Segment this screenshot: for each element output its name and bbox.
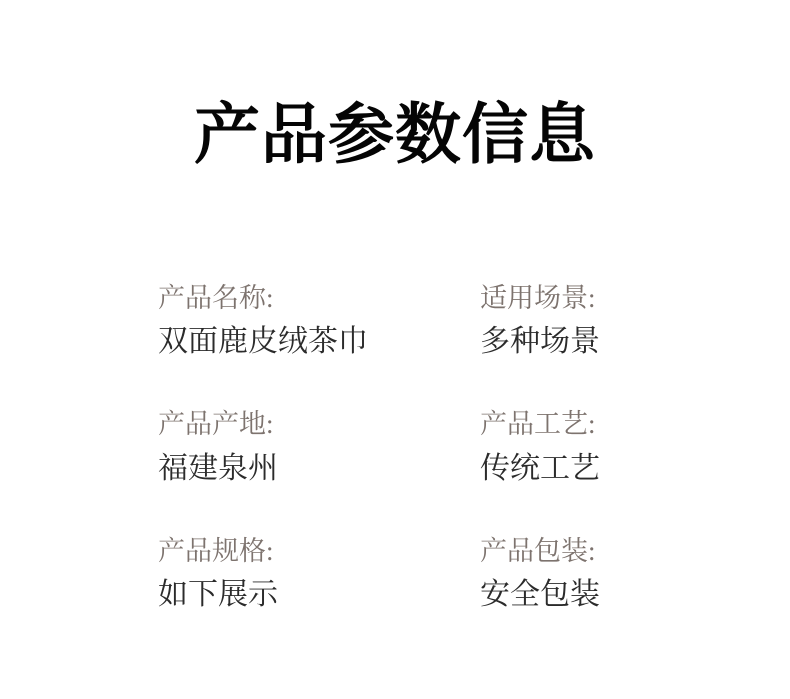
param-craft: 产品工艺: 传统工艺 bbox=[480, 408, 668, 486]
product-parameters-page: 产品参数信息 产品名称: 双面鹿皮绒茶巾 适用场景: 多种场景 产品产地: 福建… bbox=[0, 0, 790, 699]
param-value: 安全包装 bbox=[480, 577, 668, 613]
param-label: 产品工艺: bbox=[480, 408, 668, 440]
param-specification: 产品规格: 如下展示 bbox=[158, 535, 480, 613]
param-label: 产品产地: bbox=[158, 408, 480, 440]
param-value: 福建泉州 bbox=[158, 451, 480, 487]
param-label: 适用场景: bbox=[480, 282, 668, 314]
page-title: 产品参数信息 bbox=[0, 0, 790, 175]
param-value: 双面鹿皮绒茶巾 bbox=[158, 324, 480, 360]
param-grid: 产品名称: 双面鹿皮绒茶巾 适用场景: 多种场景 产品产地: 福建泉州 产品工艺… bbox=[158, 282, 668, 613]
param-label: 产品规格: bbox=[158, 535, 480, 567]
param-packaging: 产品包装: 安全包装 bbox=[480, 535, 668, 613]
param-value: 如下展示 bbox=[158, 577, 480, 613]
param-value: 多种场景 bbox=[480, 324, 668, 360]
param-label: 产品名称: bbox=[158, 282, 480, 314]
param-origin: 产品产地: 福建泉州 bbox=[158, 408, 480, 486]
param-value: 传统工艺 bbox=[480, 451, 668, 487]
param-applicable-scene: 适用场景: 多种场景 bbox=[480, 282, 668, 360]
param-label: 产品包装: bbox=[480, 535, 668, 567]
param-product-name: 产品名称: 双面鹿皮绒茶巾 bbox=[158, 282, 480, 360]
